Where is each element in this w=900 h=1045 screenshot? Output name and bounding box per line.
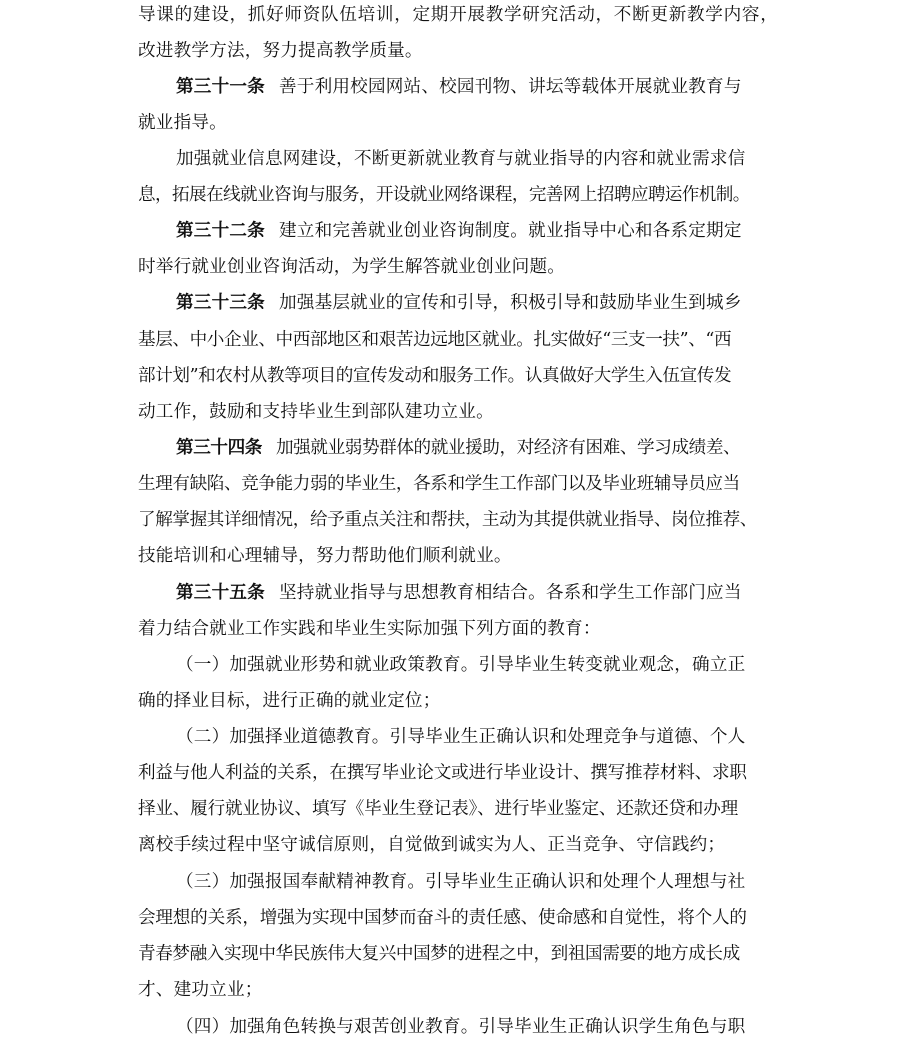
article-text: 加强就业弱势群体的就业援助，对经济有困难、学习成绩差、 <box>276 438 740 458</box>
item-4-first-line: （四）加强角色转换与艰苦创业教育。引导毕业生正确认识学生角色与职 <box>176 1012 816 1042</box>
article-text: 坚持就业指导与思想教育相结合。各系和学生工作部门应当 <box>279 583 742 603</box>
article-33-first-line: 第三十三条加强基层就业的宣传和引导，积极引导和鼓励毕业生到城乡 <box>176 288 816 318</box>
text-line: 生理有缺陷、竞争能力弱的毕业生，各系和学生工作部门以及毕业班辅导员应当 <box>138 469 778 499</box>
text-line: 就业指导。 <box>138 108 778 138</box>
article-heading: 第三十三条 <box>176 293 265 313</box>
text-line: 改进教学方法，努力提高教学质量。 <box>138 36 778 66</box>
item-2-first-line: （二）加强择业道德教育。引导毕业生正确认识和处理竞争与道德、个人 <box>176 722 816 752</box>
text-line: 基层、中小企业、中西部地区和艰苦边远地区就业。扎实做好“三支一扶”、“西 <box>138 325 778 355</box>
text-line: 部计划”和农村从教等项目的宣传发动和服务工作。认真做好大学生入伍宣传发 <box>138 361 778 391</box>
text-line: 择业、履行就业协议、填写《毕业生登记表》、进行毕业鉴定、还款还贷和办理 <box>138 794 778 824</box>
text-line: 离校手续过程中坚守诚信原则，自觉做到诚实为人、正当竞争、守信践约； <box>138 830 778 860</box>
article-32-first-line: 第三十二条建立和完善就业创业咨询制度。就业指导中心和各系定期定 <box>176 216 816 246</box>
article-heading: 第三十二条 <box>176 221 265 241</box>
text-line: 导课的建设，抓好师资队伍培训，定期开展教学研究活动，不断更新教学内容， <box>138 0 778 30</box>
text-line: 青春梦融入实现中华民族伟大复兴中国梦的进程之中，到祖国需要的地方成长成 <box>138 939 778 969</box>
article-31-first-line: 第三十一条善于利用校园网站、校园刊物、讲坛等载体开展就业教育与 <box>176 72 816 102</box>
article-heading: 第三十一条 <box>176 77 265 97</box>
article-text: 加强基层就业的宣传和引导，积极引导和鼓励毕业生到城乡 <box>279 293 742 313</box>
item-3-first-line: （三）加强报国奉献精神教育。引导毕业生正确认识和处理个人理想与社 <box>176 867 816 897</box>
article-text: 建立和完善就业创业咨询制度。就业指导中心和各系定期定 <box>279 221 742 241</box>
article-text: 善于利用校园网站、校园刊物、讲坛等载体开展就业教育与 <box>279 77 742 97</box>
text-line: 才、建功立业； <box>138 975 778 1005</box>
text-line: 时举行就业创业咨询活动，为学生解答就业创业问题。 <box>138 252 778 282</box>
item-1-first-line: （一）加强就业形势和就业政策教育。引导毕业生转变就业观念，确立正 <box>176 650 816 680</box>
paragraph-first-line: 加强就业信息网建设，不断更新就业教育与就业指导的内容和就业需求信 <box>176 144 816 174</box>
article-heading: 第三十四条 <box>176 438 262 458</box>
article-heading: 第三十五条 <box>176 583 265 603</box>
text-line: 动工作，鼓励和支持毕业生到部队建功立业。 <box>138 397 778 427</box>
text-line: 着力结合就业工作实践和毕业生实际加强下列方面的教育： <box>138 614 778 644</box>
text-line: 利益与他人利益的关系，在撰写毕业论文或进行毕业设计、撰写推荐材料、求职 <box>138 758 778 788</box>
text-line: 了解掌握其详细情况，给予重点关注和帮扶，主动为其提供就业指导、岗位推荐、 <box>138 505 778 535</box>
text-line: 息，拓展在线就业咨询与服务，开设就业网络课程，完善网上招聘应聘运作机制。 <box>138 180 778 210</box>
article-34-first-line: 第三十四条加强就业弱势群体的就业援助，对经济有困难、学习成绩差、 <box>176 433 816 463</box>
text-line: 确的择业目标，进行正确的就业定位； <box>138 686 778 716</box>
article-35-first-line: 第三十五条坚持就业指导与思想教育相结合。各系和学生工作部门应当 <box>176 578 816 608</box>
text-line: 会理想的关系，增强为实现中国梦而奋斗的责任感、使命感和自觉性，将个人的 <box>138 903 778 933</box>
text-line: 技能培训和心理辅导，努力帮助他们顺利就业。 <box>138 541 778 571</box>
document-page: 导课的建设，抓好师资队伍培训，定期开展教学研究活动，不断更新教学内容， 改进教学… <box>0 0 900 1045</box>
